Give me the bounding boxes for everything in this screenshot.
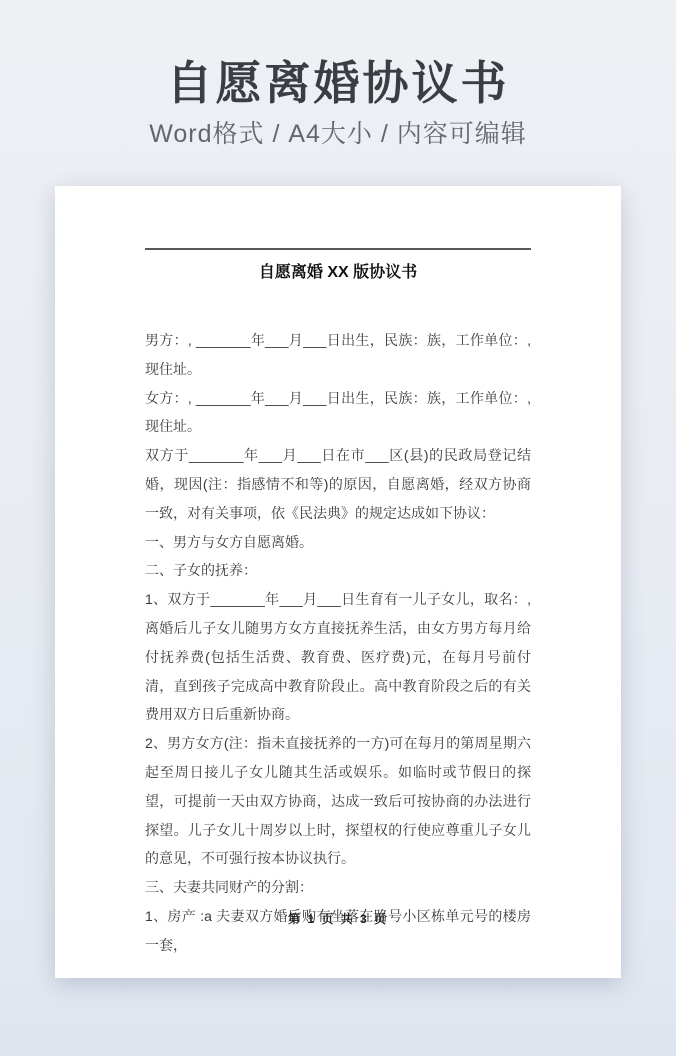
paragraph-clause-3-heading: 三、夫妻共同财产的分割： bbox=[145, 873, 531, 902]
document-title: 自愿离婚 XX 版协议书 bbox=[55, 263, 621, 282]
banner-subtitle: Word格式 / A4大小 / 内容可编辑 bbox=[0, 119, 676, 149]
paragraph-clause-2-item-1: 1、双方于_______年___月___日生育有一儿子女儿，取名：, 离婚后儿子… bbox=[145, 585, 531, 729]
paragraph-husband-info: 男方：, _______年___月___日出生，民族：族，工作单位：, 现住址。 bbox=[145, 326, 531, 384]
document-body: 男方：, _______年___月___日出生，民族：族，工作单位：, 现住址。… bbox=[55, 326, 621, 960]
paragraph-marriage-intro: 双方于_______年___月___日在市___区(县)的民政局登记结婚，现因(… bbox=[145, 441, 531, 527]
paragraph-wife-info: 女方：, _______年___月___日出生，民族：族，工作单位：, 现住址。 bbox=[145, 384, 531, 442]
banner-title: 自愿离婚协议书 bbox=[0, 56, 676, 110]
paragraph-clause-2-heading: 二、子女的抚养： bbox=[145, 556, 531, 585]
document-page: 自愿离婚 XX 版协议书 男方：, _______年___月___日出生，民族：… bbox=[55, 186, 621, 978]
page-number: 第 1 页 共 3 页 bbox=[55, 910, 621, 927]
header-rule bbox=[145, 248, 531, 250]
banner: 自愿离婚协议书 Word格式 / A4大小 / 内容可编辑 bbox=[0, 0, 676, 149]
paragraph-clause-1: 一、男方与女方自愿离婚。 bbox=[145, 528, 531, 557]
paragraph-clause-2-item-2: 2、男方女方(注：指未直接抚养的一方)可在每月的第周星期六起至周日接儿子女儿随其… bbox=[145, 729, 531, 873]
